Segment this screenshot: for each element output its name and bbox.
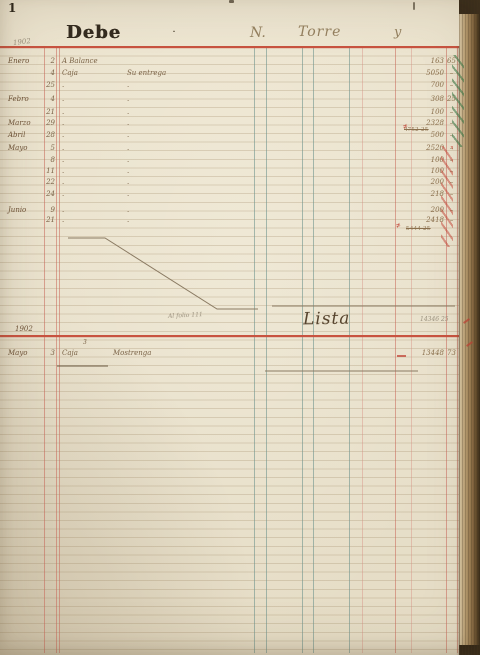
entry-detail: Mostrenga — [113, 349, 151, 358]
ledger-row: Febro 4 . . 308 25 — [0, 95, 460, 105]
lista-label: Lista — [303, 309, 351, 330]
entry-amount: 13448 — [383, 349, 444, 358]
entry-month: Marzo — [8, 119, 42, 128]
entry-amount: 163 — [383, 57, 444, 66]
entry-detail: . — [127, 206, 129, 215]
ledger-row: 8 . . 100 – — [0, 156, 460, 166]
header-dot: · — [172, 24, 176, 39]
entry-month: Enero — [8, 57, 42, 66]
entry-day: 9 — [38, 206, 55, 215]
entry-day: 25 — [38, 81, 55, 90]
ledger-row: 22 . . 200 – — [0, 178, 460, 188]
entry-concept: . — [62, 216, 64, 225]
entry-detail: . — [127, 167, 129, 176]
entry-day: 3 — [38, 349, 55, 358]
entry-amount: 100 — [383, 108, 444, 117]
ledger-row: 24 . . 218 – — [0, 190, 460, 200]
entry-month: Mayo — [8, 349, 42, 358]
entry-day: 4 — [38, 69, 55, 78]
entry-cents: 73 — [445, 349, 458, 358]
entry-day: 28 — [38, 131, 55, 140]
entry-concept: Caja — [62, 69, 78, 78]
entry-day: 11 — [38, 167, 55, 176]
entry-amount: 200 — [383, 178, 444, 187]
struck-amount-marzo: 4752 25 — [404, 126, 429, 133]
entry-day: 21 — [38, 108, 55, 117]
struck-amount-junio: 5444 25 — [406, 225, 431, 232]
entry-concept: A Balance — [62, 57, 98, 66]
entry-month: Febro — [8, 95, 42, 104]
entry-amount: 218 — [383, 190, 444, 199]
entry-amount: 308 — [383, 95, 444, 104]
page-number: 1 — [8, 1, 16, 15]
entry-detail: . — [127, 119, 129, 128]
entry-month: Abril — [8, 131, 42, 140]
entry-day: 29 — [38, 119, 55, 128]
account-suffix: y — [394, 25, 401, 40]
pencil-total: 14346 25 — [420, 316, 449, 323]
year-label-section2: 1902 — [15, 325, 33, 333]
entry-amount: 100 — [383, 167, 444, 176]
entry-detail: . — [127, 95, 129, 104]
entry-detail: . — [127, 216, 129, 225]
entry-concept: . — [62, 178, 64, 187]
ledger-row: 21 . . 2418 – — [0, 216, 460, 226]
account-name: Torre — [298, 24, 341, 40]
entry-amount: 2520 — [383, 144, 444, 153]
entry-day: 4 — [38, 95, 55, 104]
ledger-row: 25 . . 700 – — [0, 81, 460, 91]
ledger-row: Marzo 29 . . 2328 – — [0, 119, 460, 129]
ledger-page: 1 Debe · N. Torre y 1902 Enero 2 A Balan… — [0, 0, 480, 655]
entry-concept: . — [62, 95, 64, 104]
entry-detail: . — [127, 156, 129, 165]
entry-amount: 2418 — [383, 216, 444, 225]
ref-number: 3 — [83, 339, 87, 346]
entry-concept: . — [62, 167, 64, 176]
entry-concept: . — [62, 206, 64, 215]
entry-amount: 700 — [383, 81, 444, 90]
ink-smudge-top — [229, 0, 234, 3]
entry-day: 24 — [38, 190, 55, 199]
entry-concept: . — [62, 131, 64, 140]
entry-amount: 100 — [383, 156, 444, 165]
entry-concept: . — [62, 156, 64, 165]
entry-day: 22 — [38, 178, 55, 187]
ledger-row: Abril 28 . . 500 – — [0, 131, 460, 141]
ledger-row: 4 Caja Su entrega 5050 – — [0, 69, 460, 79]
entry-day: 21 — [38, 216, 55, 225]
ledger-row: 11 . . 100 – — [0, 167, 460, 177]
ink-smudge-top-right — [413, 2, 415, 10]
page-title: Debe — [66, 22, 121, 43]
entry-day: 2 — [38, 57, 55, 66]
entry-concept: . — [62, 144, 64, 153]
entry-concept: Caja — [62, 349, 78, 358]
entry-detail: . — [127, 190, 129, 199]
entry-detail: . — [127, 81, 129, 90]
ledger-row: Mayo 3 Caja Mostrenga 13448 73 — [0, 349, 460, 359]
entry-detail: Su entrega — [127, 69, 166, 78]
entry-concept: . — [62, 81, 64, 90]
ledger-row: Enero 2 A Balance 163 65 — [0, 57, 460, 67]
entry-concept: . — [62, 119, 64, 128]
ledger-row: Mayo 5 . . 2520 – — [0, 144, 460, 154]
entry-month: Junio — [8, 206, 42, 215]
red-check-marks — [441, 146, 453, 247]
entry-month: Mayo — [8, 144, 42, 153]
entry-concept: . — [62, 108, 64, 117]
entry-detail: . — [127, 144, 129, 153]
entry-day: 5 — [38, 144, 55, 153]
entry-concept: . — [62, 190, 64, 199]
entry-day: 8 — [38, 156, 55, 165]
ledger-row: 21 . . 100 – — [0, 108, 460, 118]
section-divider-rule — [0, 335, 459, 337]
entry-detail: . — [127, 108, 129, 117]
header-rule — [0, 46, 459, 48]
green-check-marks — [452, 55, 464, 147]
entry-amount: 200 — [383, 206, 444, 215]
entry-detail: . — [127, 178, 129, 187]
ledger-row: Junio 9 . . 200 – — [0, 206, 460, 216]
entry-detail: . — [127, 131, 129, 140]
entry-amount: 5050 — [383, 69, 444, 78]
account-initial: N. — [250, 25, 266, 41]
